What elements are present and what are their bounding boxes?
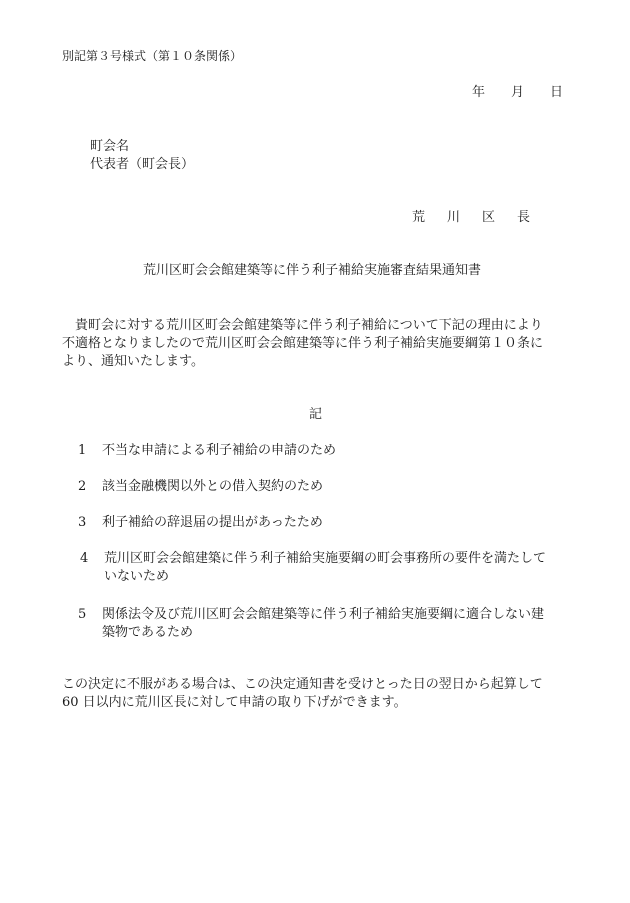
appeal-notice: この決定に不服がある場合は、この決定通知書を受けとった日の翌日から起算して 60… (62, 676, 543, 712)
sender-char: 荒 (412, 209, 425, 227)
month-label: 月 (511, 84, 524, 102)
day-label: 日 (550, 84, 563, 102)
reason-number: 3 (78, 514, 86, 532)
reason-number: 1 (78, 442, 86, 460)
sender-char: 川 (447, 209, 460, 227)
reason-text: 該当金融機関以外との借入契約のため (102, 478, 323, 496)
sender: 荒川区長 (412, 209, 530, 227)
association-name-label: 町会名 (90, 138, 194, 156)
reason-text: 不当な申請による利子補給の申請のため (102, 442, 336, 460)
ki-heading: 記 (309, 406, 322, 424)
reason-text-continued: いないため (104, 568, 546, 586)
form-label: 別記第３号様式（第１０条関係） (62, 47, 242, 65)
body-paragraph: 貴町会に対する荒川区町会会館建築等に伴う利子補給について下記の理由により 不適格… (62, 317, 590, 371)
date-line: 年月日 (472, 84, 563, 102)
reason-text: 荒川区町会会館建築に伴う利子補給実施要綱の町会事務所の要件を満たして (104, 550, 546, 568)
reason-number: 5 (78, 606, 86, 624)
notice-line: 60 日以内に荒川区長に対して申請の取り下げができます。 (62, 694, 543, 712)
sender-char: 長 (517, 209, 530, 227)
document-title: 荒川区町会会館建築等に伴う利子補給実施審査結果通知書 (143, 262, 481, 280)
body-line: 貴町会に対する荒川区町会会館建築等に伴う利子補給について下記の理由により (62, 317, 590, 335)
body-line: より、通知いたします。 (62, 353, 590, 371)
representative-label: 代表者（町会長） (90, 156, 194, 174)
reason-text: 利子補給の辞退届の提出があったため (102, 514, 323, 532)
addressee-block: 町会名 代表者（町会長） (90, 138, 194, 174)
body-line: 不適格となりましたので荒川区町会会館建築等に伴う利子補給実施要綱第１０条に (62, 335, 590, 353)
reason-text: 関係法令及び荒川区町会会館建築等に伴う利子補給実施要綱に適合しない建 (102, 606, 544, 624)
sender-char: 区 (482, 209, 495, 227)
reason-number: 4 (80, 550, 88, 568)
reason-number: 2 (78, 478, 86, 496)
year-label: 年 (472, 84, 485, 102)
reason-text-continued: 築物であるため (102, 624, 544, 642)
notice-line: この決定に不服がある場合は、この決定通知書を受けとった日の翌日から起算して (62, 676, 543, 694)
